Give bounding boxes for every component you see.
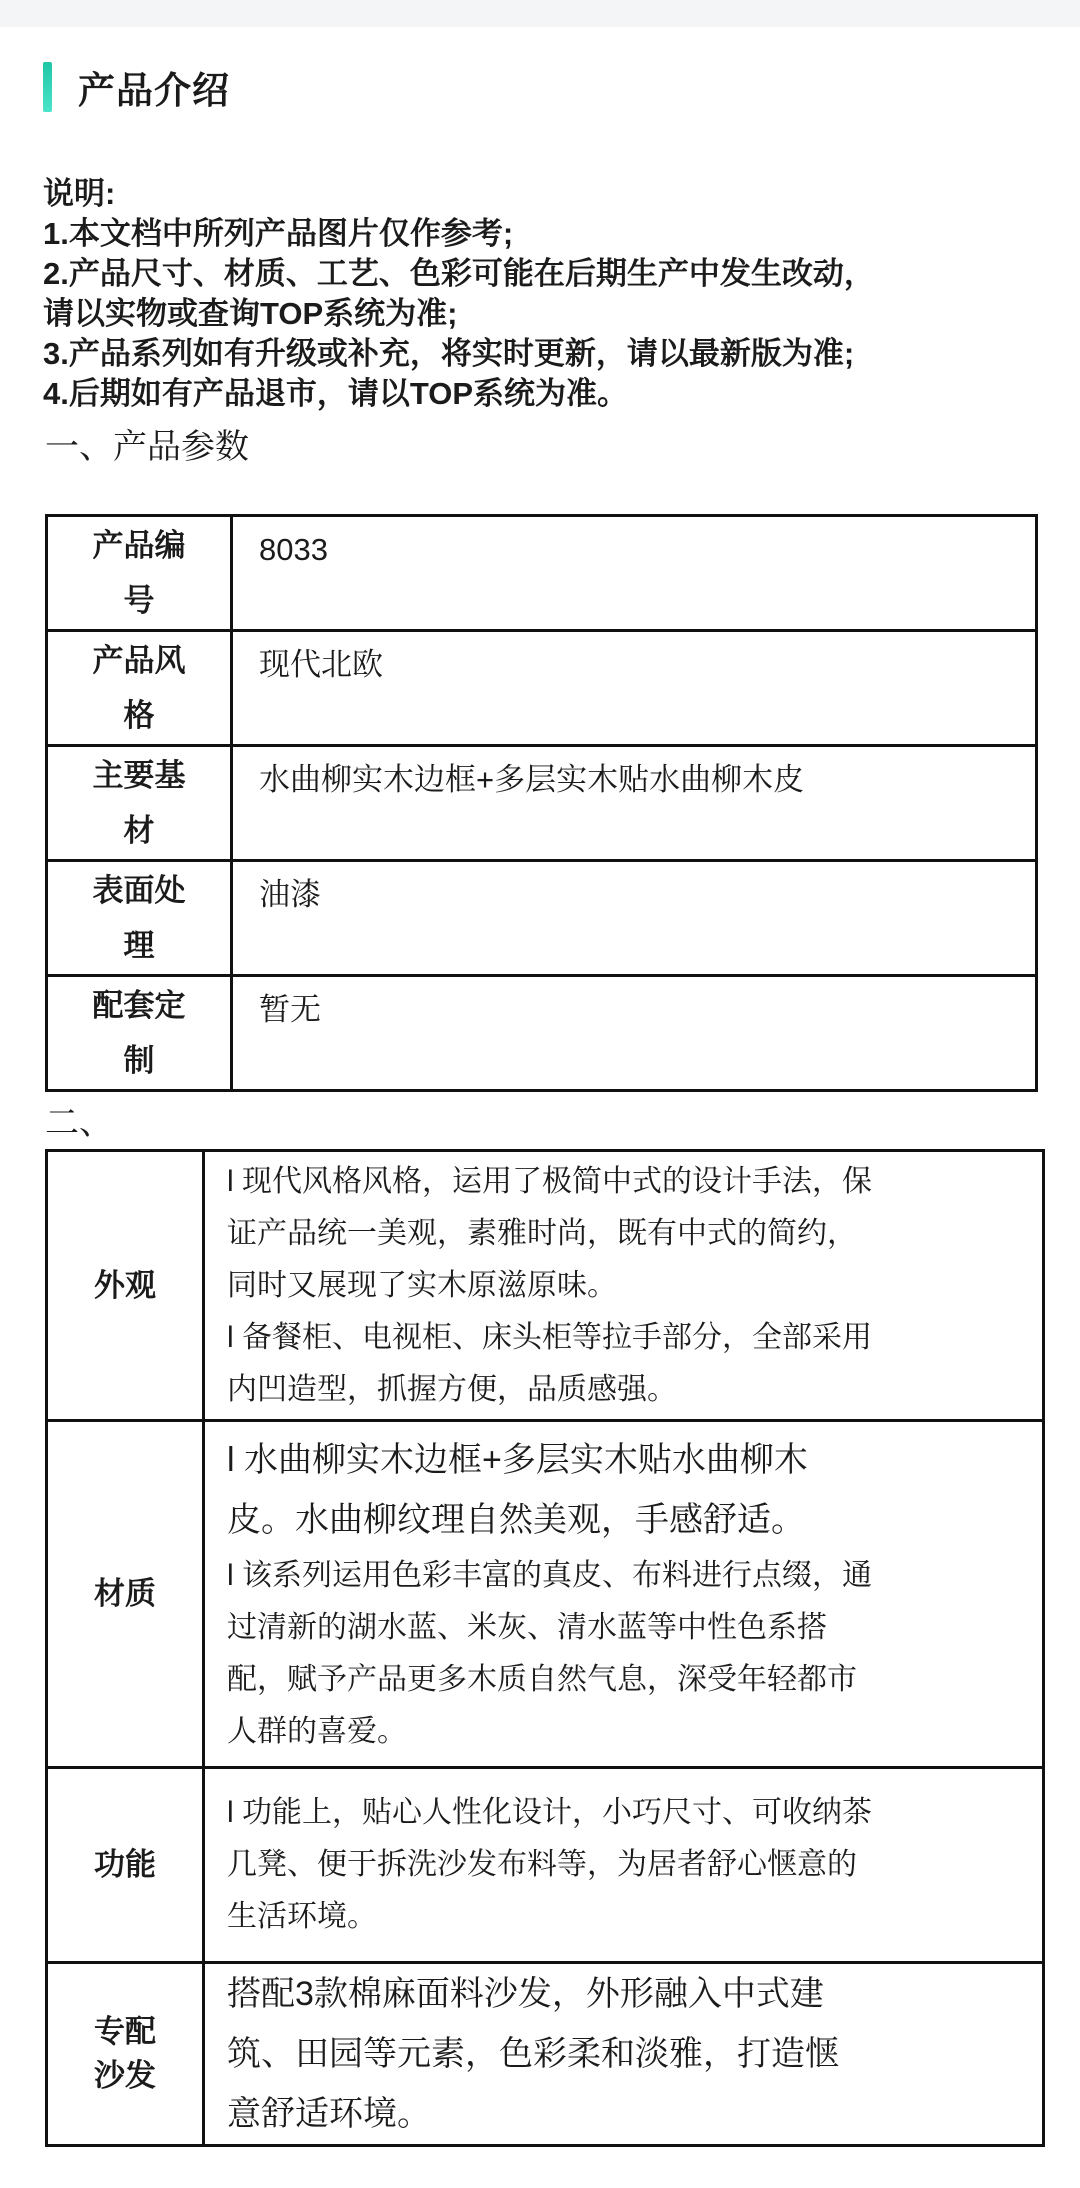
section-heading-features: 二、 [45,1100,1080,1146]
table-row: 材质l 水曲柳实木边框+多层实木贴水曲柳木皮。水曲柳纹理自然美观，手感舒适。l … [47,1421,1044,1768]
row-label-cell: 功能 [47,1768,204,1963]
bullet-paragraph: l 功能上，贴心人性化设计，小巧尺寸、可收纳茶几凳、便于拆洗沙发布料等，为居者舒… [227,1787,1024,1943]
section-title: 产品介绍 [43,62,1080,112]
row-value-cell: l 功能上，贴心人性化设计，小巧尺寸、可收纳茶几凳、便于拆洗沙发布料等，为居者舒… [204,1768,1044,1963]
product-features-table: 外观l 现代风格风格，运用了极简中式的设计手法，保证产品统一美观，素雅时尚，既有… [45,1149,1045,2147]
row-value-cell: 油漆 [232,861,1037,976]
table-row: 专配沙发搭配3款棉麻面料沙发，外形融入中式建筑、田园等元素，色彩柔和淡雅，打造惬… [47,1963,1044,2146]
row-value-cell: 8033 [232,516,1037,631]
row-label-cell: 配套定制 [47,976,232,1091]
notes-line: 2.产品尺寸、材质、工艺、色彩可能在后期生产中发生改动， [43,254,1044,294]
product-params-table: 产品编号8033产品风格现代北欧主要基材水曲柳实木边框+多层实木贴水曲柳木皮表面… [45,514,1038,1092]
top-strip [0,0,1080,27]
notes-block: 说明:1.本文档中所列产品图片仅作参考;2.产品尺寸、材质、工艺、色彩可能在后期… [43,174,1044,414]
table-row: 主要基材水曲柳实木边框+多层实木贴水曲柳木皮 [47,746,1037,861]
row-label-cell: 材质 [47,1421,204,1768]
row-label-cell: 表面处理 [47,861,232,976]
row-value-cell: 暂无 [232,976,1037,1091]
notes-line: 3.产品系列如有升级或补充，将实时更新，请以最新版为准; [43,334,1044,374]
notes-line: 4.后期如有产品退市，请以TOP系统为准。 [43,374,1044,414]
row-value-cell: l 水曲柳实木边框+多层实木贴水曲柳木皮。水曲柳纹理自然美观，手感舒适。l 该系… [204,1421,1044,1768]
page-title: 产品介绍 [78,60,230,114]
row-label-cell: 外观 [47,1151,204,1421]
section-heading-params: 一、产品参数 [45,424,1080,470]
table-row: 外观l 现代风格风格，运用了极简中式的设计手法，保证产品统一美观，素雅时尚，既有… [47,1151,1044,1421]
notes-line: 请以实物或查询TOP系统为准; [43,294,1044,334]
table-row: 功能l 功能上，贴心人性化设计，小巧尺寸、可收纳茶几凳、便于拆洗沙发布料等，为居… [47,1768,1044,1963]
table-row: 产品编号8033 [47,516,1037,631]
bullet-paragraph: l 水曲柳实木边框+多层实木贴水曲柳木皮。水曲柳纹理自然美观，手感舒适。 [227,1430,1024,1550]
notes-line: 说明: [43,174,1044,214]
row-label-cell: 专配沙发 [47,1963,204,2146]
notes-line: 1.本文档中所列产品图片仅作参考; [43,214,1044,254]
bullet-paragraph: l 该系列运用色彩丰富的真皮、布料进行点缀，通过清新的湖水蓝、米灰、清水蓝等中性… [227,1550,1024,1758]
bullet-paragraph: l 现代风格风格，运用了极简中式的设计手法，保证产品统一美观，素雅时尚，既有中式… [227,1156,1024,1312]
row-label-cell: 主要基材 [47,746,232,861]
table-row: 产品风格现代北欧 [47,631,1037,746]
table-row: 配套定制暂无 [47,976,1037,1091]
title-accent-bar [43,62,52,112]
row-label-cell: 产品编号 [47,516,232,631]
row-value-cell: 现代北欧 [232,631,1037,746]
row-value-cell: l 现代风格风格，运用了极简中式的设计手法，保证产品统一美观，素雅时尚，既有中式… [204,1151,1044,1421]
row-value-cell: 水曲柳实木边框+多层实木贴水曲柳木皮 [232,746,1037,861]
table-row: 表面处理油漆 [47,861,1037,976]
row-value-cell: 搭配3款棉麻面料沙发，外形融入中式建筑、田园等元素，色彩柔和淡雅，打造惬意舒适环… [204,1963,1044,2146]
row-label-cell: 产品风格 [47,631,232,746]
bullet-paragraph: 搭配3款棉麻面料沙发，外形融入中式建筑、田园等元素，色彩柔和淡雅，打造惬意舒适环… [227,1964,1024,2144]
bullet-paragraph: l 备餐柜、电视柜、床头柜等拉手部分，全部采用内凹造型，抓握方便，品质感强。 [227,1312,1024,1416]
